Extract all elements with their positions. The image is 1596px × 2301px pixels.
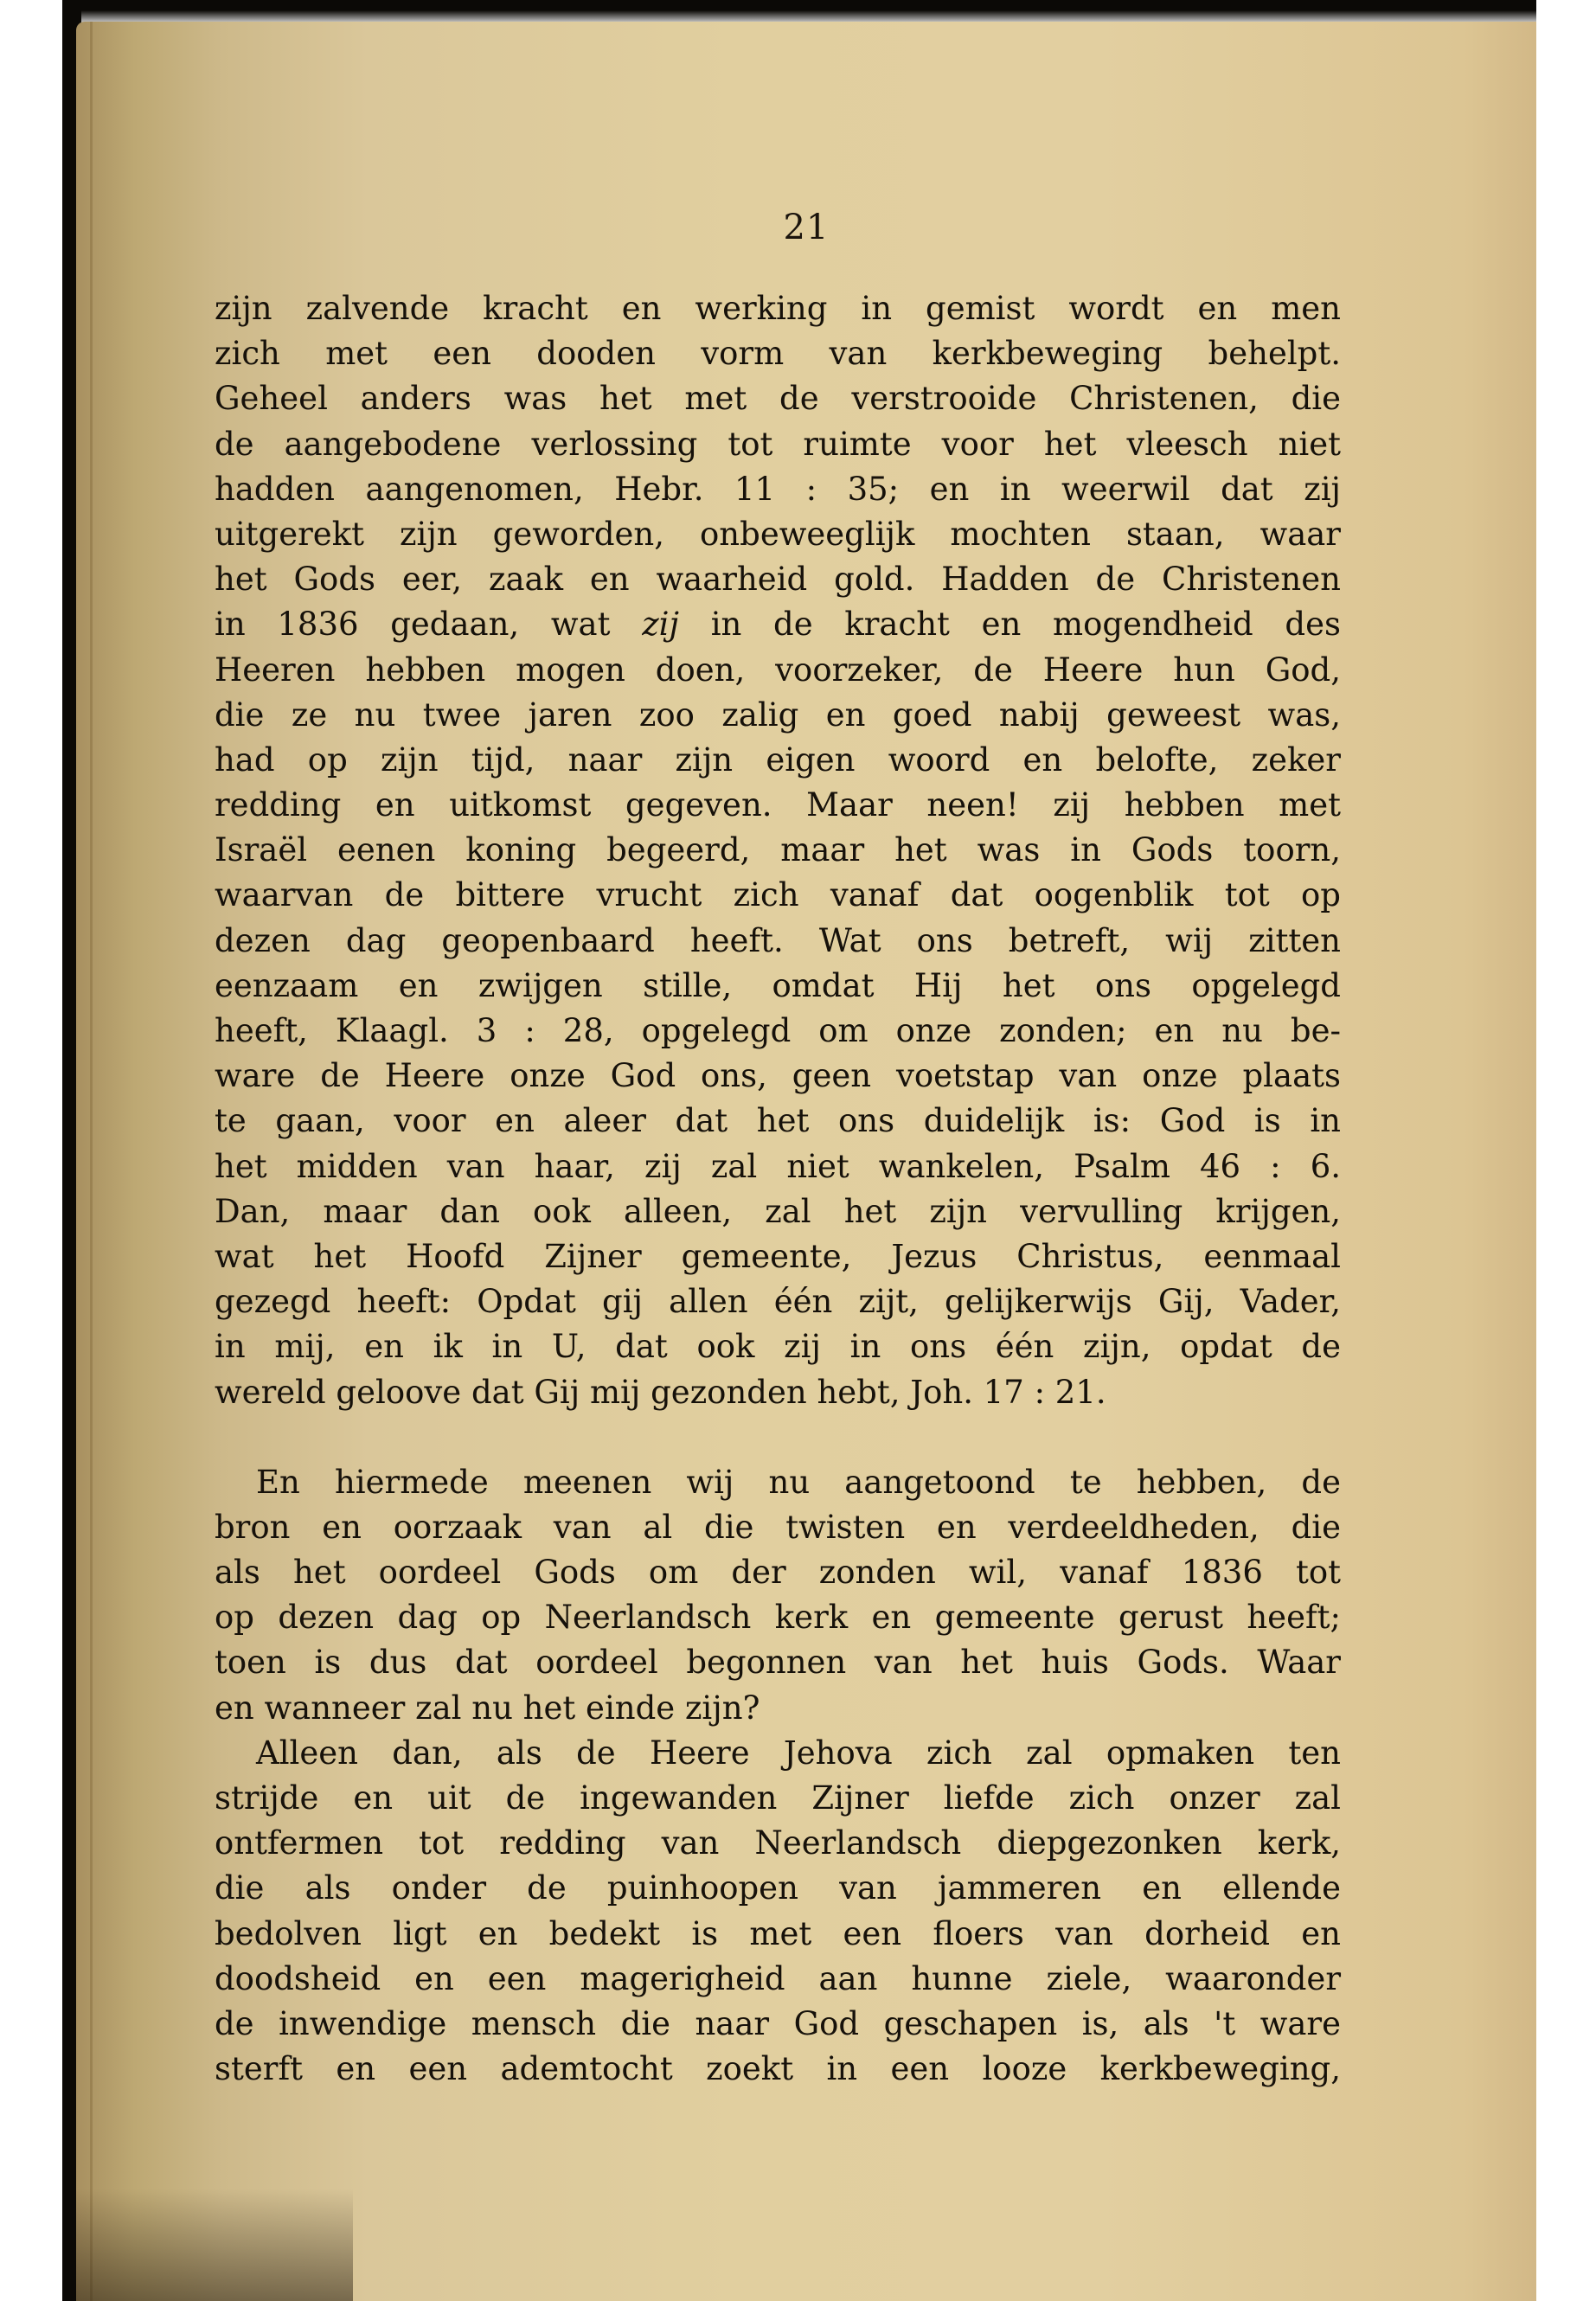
text-line: het Gods eer, zaak en waarheid gold. Had…	[215, 557, 1341, 602]
text-line: te gaan, voor en aleer dat het ons duide…	[215, 1099, 1341, 1144]
text-line: heeft, Klaagl. 3 : 28, opgelegd om onze …	[215, 1009, 1341, 1054]
text-line: zich met een dooden vorm van kerkbewegin…	[215, 331, 1341, 376]
book-page: 21 zijn zalvende kracht en werking in ge…	[76, 22, 1536, 2301]
text-line: als het oordeel Gods om der zonden wil, …	[215, 1550, 1341, 1595]
text-line: eenzaam en zwijgen stille, omdat Hij het…	[215, 964, 1341, 1009]
text-line: redding en uitkomst gegeven. Maar neen! …	[215, 783, 1341, 828]
paragraph-2: En hiermede meenen wij nu aangetoond te …	[215, 1460, 1341, 1731]
text-line: in mij, en ik in U, dat ook zij in ons é…	[215, 1324, 1341, 1369]
text-line: het midden van haar, zij zal niet wankel…	[215, 1144, 1341, 1189]
text-line: doodsheid en een magerigheid aan hunne z…	[215, 1957, 1341, 2002]
text-line: Israël eenen koning begeerd, maar het wa…	[215, 828, 1341, 873]
page-body-text: zijn zalvende kracht en werking in gemis…	[215, 286, 1341, 2092]
text-line: Alleen dan, als de Heere Jehova zich zal…	[215, 1731, 1341, 1776]
text-line: Geheel anders was het met de verstrooide…	[215, 376, 1341, 421]
text-line-with-italic: in 1836 gedaan, wat zij in de kracht en …	[215, 602, 1341, 647]
paragraph-1: zijn zalvende kracht en werking in gemis…	[215, 286, 1341, 1415]
text-line: en wanneer zal nu het einde zijn?	[215, 1686, 1341, 1731]
text-segment: in de kracht en mogendheid des	[679, 606, 1341, 643]
text-line: op dezen dag op Neerlandsch kerk en geme…	[215, 1595, 1341, 1640]
text-line: bedolven ligt en bedekt is met een floer…	[215, 1912, 1341, 1957]
text-line: dezen dag geopenbaard heeft. Wat ons bet…	[215, 919, 1341, 964]
text-line: wereld geloove dat Gij mij gezonden hebt…	[215, 1370, 1341, 1415]
text-line: strijde en uit de ingewanden Zijner lief…	[215, 1776, 1341, 1821]
text-line: hadden aangenomen, Hebr. 11 : 35; en in …	[215, 467, 1341, 512]
text-segment: in 1836 gedaan, wat	[215, 606, 642, 643]
text-line: waarvan de bittere vrucht zich vanaf dat…	[215, 873, 1341, 918]
text-line: toen is dus dat oordeel begonnen van het…	[215, 1640, 1341, 1685]
paragraph-gap	[215, 1415, 1341, 1460]
text-line: En hiermede meenen wij nu aangetoond te …	[215, 1460, 1341, 1505]
text-line: de aangebodene verlossing tot ruimte voo…	[215, 422, 1341, 467]
text-line: sterft en een ademtocht zoekt in een loo…	[215, 2047, 1341, 2092]
text-line: Dan, maar dan ook alleen, zal het zijn v…	[215, 1189, 1341, 1234]
page-number: 21	[76, 208, 1536, 247]
text-line: ware de Heere onze God ons, geen voetsta…	[215, 1054, 1341, 1099]
text-line: uitgerekt zijn geworden, onbeweeglijk mo…	[215, 512, 1341, 557]
italic-emphasis: zij	[642, 606, 679, 643]
text-line: die ze nu twee jaren zoo zalig en goed n…	[215, 693, 1341, 738]
text-line: de inwendige mensch die naar God geschap…	[215, 2002, 1341, 2047]
paragraph-3: Alleen dan, als de Heere Jehova zich zal…	[215, 1731, 1341, 2093]
text-line: had op zijn tijd, naar zijn eigen woord …	[215, 738, 1341, 783]
text-line: bron en oorzaak van al die twisten en ve…	[215, 1505, 1341, 1550]
text-line: gezegd heeft: Opdat gij allen één zijt, …	[215, 1279, 1341, 1324]
text-line: wat het Hoofd Zijner gemeente, Jezus Chr…	[215, 1234, 1341, 1279]
text-line: ontfermen tot redding van Neerlandsch di…	[215, 1821, 1341, 1866]
text-line: Heeren hebben mogen doen, voorzeker, de …	[215, 648, 1341, 693]
text-line: zijn zalvende kracht en werking in gemis…	[215, 286, 1341, 331]
text-line: die als onder de puinhoopen van jammeren…	[215, 1866, 1341, 1911]
